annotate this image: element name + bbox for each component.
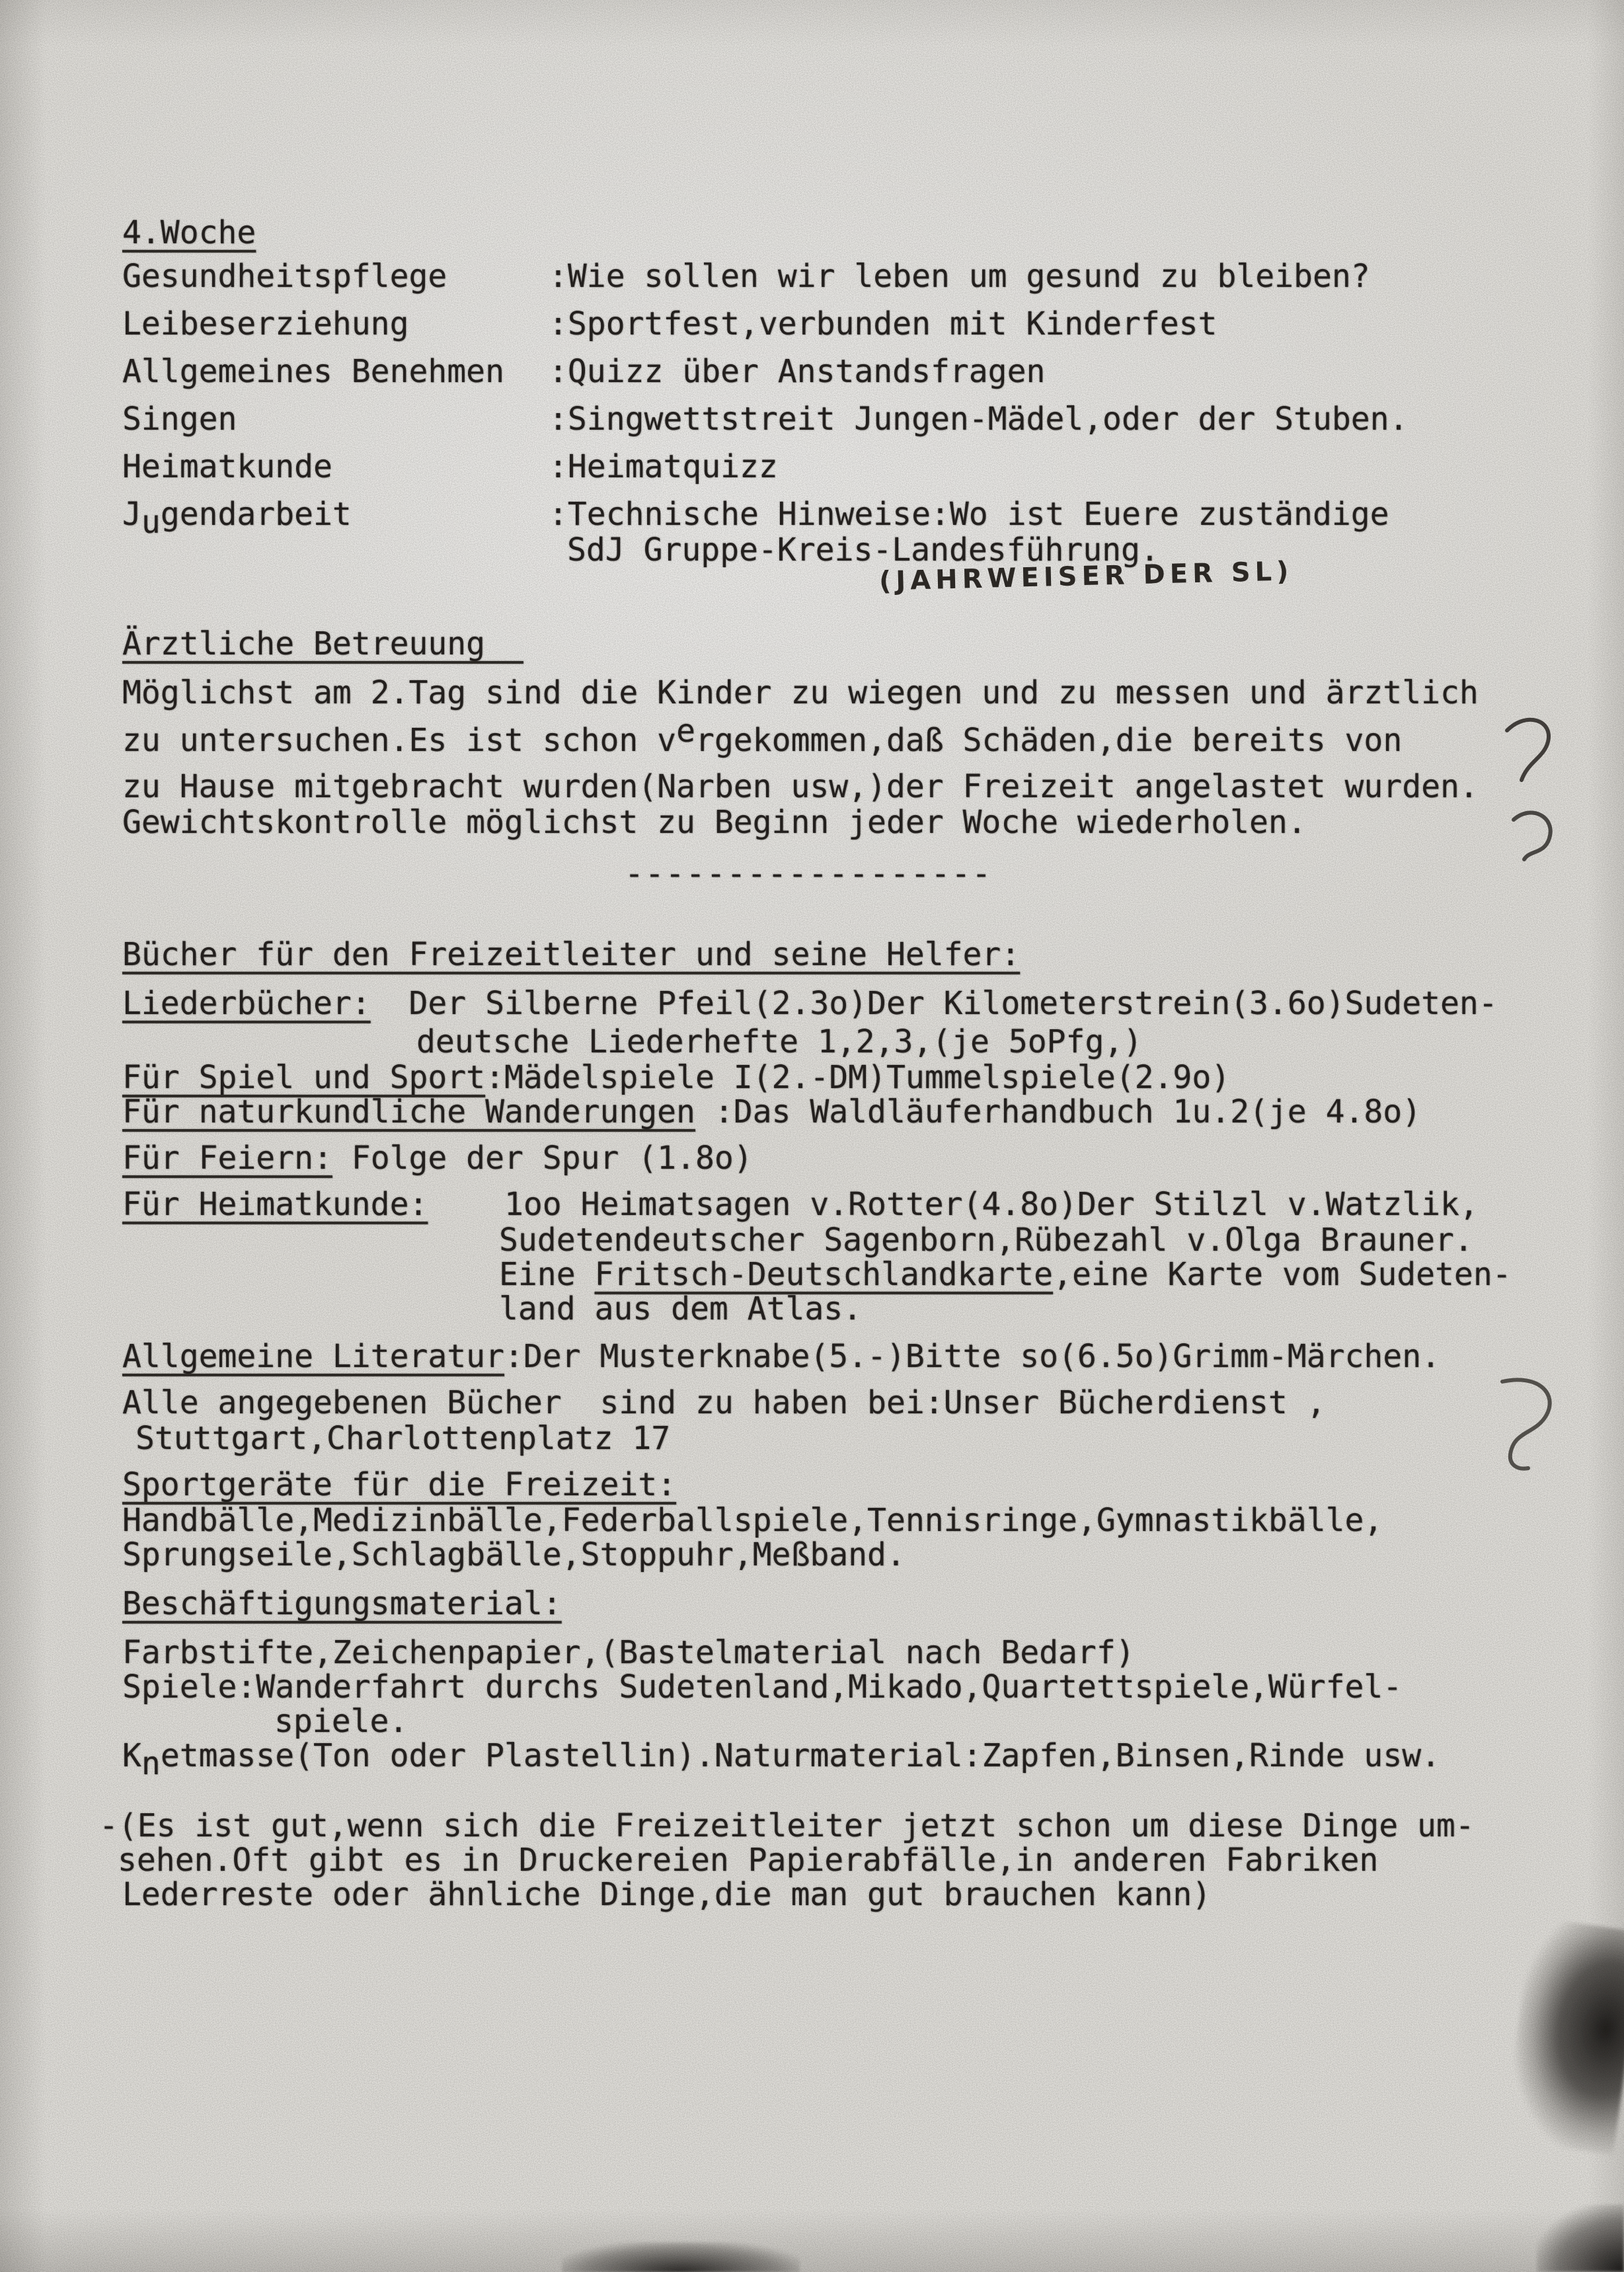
heimat-line3-post: ,eine Karte vom Sudeten- bbox=[1053, 1256, 1512, 1293]
knet-sub-n: n bbox=[141, 1745, 161, 1782]
books-heading: Bücher für den Freizeitleiter und seine … bbox=[122, 937, 1020, 972]
row-label-singen: Singen bbox=[122, 402, 237, 437]
row-value-singen: :Singwettstreit Jungen-Mädel,oder der St… bbox=[549, 402, 1408, 437]
row-value-benehmen: :Quizz über Anstandsfragen bbox=[549, 354, 1045, 389]
ink-blot-right-edge bbox=[1502, 1917, 1624, 2155]
sport-line-2: Sprungseile,Schlagbälle,Stoppuhr,Meßband… bbox=[122, 1538, 906, 1573]
natur-label: Für naturkundliche Wanderungen bbox=[122, 1093, 695, 1130]
books-heading-text: Bücher für den Freizeitleiter und seine … bbox=[122, 936, 1020, 973]
spiel-label: Für Spiel und Sport bbox=[122, 1059, 485, 1096]
closing-line-2: sehen.Oft gibt es in Druckereien Papiera… bbox=[118, 1843, 1378, 1878]
lieder-label: Liederbücher: bbox=[122, 985, 371, 1022]
medical-line-3: zu Hause mitgebracht wurden(Narben usw,)… bbox=[122, 769, 1479, 804]
row-label-heimatkunde: Heimatkunde bbox=[122, 450, 332, 485]
heimat-line3-underlined: Fritsch-Deutschlandkarte bbox=[595, 1256, 1054, 1293]
row-value-heimatkunde: :Heimatquizz bbox=[549, 450, 778, 485]
material-heading: Beschäftigungsmaterial: bbox=[122, 1586, 562, 1622]
natur-rest: :Das Waldläuferhandbuch 1u.2(je 4.8o) bbox=[695, 1093, 1421, 1130]
pen-squiggle-right-3 bbox=[1492, 1374, 1568, 1476]
books-heimat-line3: Eine Fritsch-Deutschlandkarte,eine Karte… bbox=[499, 1257, 1512, 1292]
closing-line-3: Lederreste oder ähnliche Dinge,die man g… bbox=[122, 1877, 1211, 1912]
material-knet-line: Knetmasse(Ton oder Plastellin).Naturmate… bbox=[122, 1739, 1440, 1774]
medical-heading-text: Ärztliche Betreuung bbox=[122, 625, 523, 662]
medical-line2-pre: zu untersuchen.Es ist schon v bbox=[122, 722, 676, 759]
books-feiern-line: Für Feiern: Folge der Spur (1.8o) bbox=[122, 1141, 753, 1176]
lieder-rest: Der Silberne Pfeil(2.3o)Der Kilometerstr… bbox=[371, 985, 1498, 1022]
medical-line2-raised-letter: e bbox=[676, 713, 695, 750]
dashed-separator: ------------------ bbox=[625, 857, 992, 892]
material-line-1: Farbstifte,Zeichenpapier,(Bastelmaterial… bbox=[122, 1635, 1135, 1670]
literatur-rest: :Der Musterknabe(5.-)Bitte so(6.5o)Grimm… bbox=[504, 1338, 1440, 1375]
feiern-label: Für Feiern: bbox=[122, 1140, 332, 1177]
books-heimat-line2: Sudetendeutscher Sagenborn,Rübezahl v.Ol… bbox=[499, 1223, 1473, 1258]
books-lieder-line2: deutsche Liederhefte 1,2,3,(je 5oPfg,) bbox=[416, 1025, 1142, 1060]
heimat-label: Für Heimatkunde: bbox=[122, 1186, 428, 1223]
knet-k: K bbox=[122, 1737, 141, 1774]
books-heimat-line4: land aus dem Atlas. bbox=[499, 1292, 862, 1327]
medical-line-1: Möglichst am 2.Tag sind die Kinder zu wi… bbox=[122, 676, 1479, 711]
books-spiel-line: Für Spiel und Sport:Mädelspiele I(2.-DM)… bbox=[122, 1060, 1230, 1095]
pen-squiggle-right-1 bbox=[1500, 714, 1563, 790]
books-literatur-line: Allgemeine Literatur:Der Musterknabe(5.-… bbox=[122, 1339, 1440, 1374]
medical-line2-post: rgekommen,daß Schäden,die bereits von bbox=[695, 722, 1402, 759]
medical-line-4: Gewichtskontrolle möglichst zu Beginn je… bbox=[122, 805, 1307, 840]
books-heimat-line: Für Heimatkunde: 1oo Heimatsagen v.Rotte… bbox=[122, 1187, 1479, 1222]
medical-heading: Ärztliche Betreuung bbox=[122, 627, 523, 662]
feiern-rest: Folge der Spur (1.8o) bbox=[332, 1140, 753, 1177]
row-label-benehmen: Allgemeines Benehmen bbox=[122, 354, 504, 389]
books-natur-line: Für naturkundliche Wanderungen :Das Wald… bbox=[122, 1095, 1421, 1130]
books-availability-line2: Stuttgart,Charlottenplatz 17 bbox=[135, 1421, 670, 1456]
row-value-jugendarbeit: :Technische Hinweise:Wo ist Euere zustän… bbox=[549, 497, 1389, 532]
spiel-rest: :Mädelspiele I(2.-DM)Tummelspiele(2.9o) bbox=[485, 1059, 1230, 1096]
jugendarbeit-j: J bbox=[122, 496, 141, 533]
row-value-gesundheitspflege: :Wie sollen wir leben um gesund zu bleib… bbox=[549, 259, 1370, 294]
scanned-document-page: 4.Woche Gesundheitspflege :Wie sollen wi… bbox=[0, 0, 1624, 2272]
jugendarbeit-sub-u: u bbox=[141, 504, 161, 541]
books-lieder-line: Liederbücher: Der Silberne Pfeil(2.3o)De… bbox=[122, 986, 1498, 1021]
literatur-label: Allgemeine Literatur bbox=[122, 1338, 504, 1375]
knet-rest: etmasse(Ton oder Plastellin).Naturmateri… bbox=[161, 1737, 1440, 1774]
week-heading-text: 4.Woche bbox=[122, 214, 256, 251]
sport-heading-text: Sportgeräte für die Freizeit: bbox=[122, 1466, 676, 1503]
row-label-jugendarbeit: Jugendarbeit bbox=[122, 497, 352, 532]
row-label-leibeserziehung: Leibeserziehung bbox=[122, 307, 408, 342]
books-availability-line1: Alle angegebenen Bücher sind zu haben be… bbox=[122, 1386, 1326, 1421]
closing-line-1: -(Es ist gut,wenn sich die Freizeitleite… bbox=[99, 1809, 1475, 1844]
material-heading-text: Beschäftigungsmaterial: bbox=[122, 1585, 562, 1622]
material-line-2: Spiele:Wanderfahrt durchs Sudetenland,Mi… bbox=[122, 1670, 1402, 1705]
medical-line-2: zu untersuchen.Es ist schon vergekommen,… bbox=[122, 723, 1402, 758]
jugendarbeit-rest: gendarbeit bbox=[161, 496, 352, 533]
sport-line-1: Handbälle,Medizinbälle,Federballspiele,T… bbox=[122, 1503, 1383, 1538]
week-heading: 4.Woche bbox=[122, 215, 256, 251]
material-line-3: spiele. bbox=[274, 1704, 408, 1739]
sport-heading: Sportgeräte für die Freizeit: bbox=[122, 1468, 676, 1503]
row-value-leibeserziehung: :Sportfest,verbunden mit Kinderfest bbox=[549, 307, 1217, 342]
row-label-gesundheitspflege: Gesundheitspflege bbox=[122, 259, 447, 294]
heimat-line3-pre: Eine bbox=[499, 1256, 595, 1293]
pen-squiggle-right-2 bbox=[1508, 808, 1565, 864]
heimat-rest: 1oo Heimatsagen v.Rotter(4.8o)Der Stilzl… bbox=[428, 1186, 1478, 1223]
smudge-bottom-center bbox=[562, 2242, 800, 2272]
smudge-bottom-right-corner bbox=[1537, 2205, 1624, 2272]
